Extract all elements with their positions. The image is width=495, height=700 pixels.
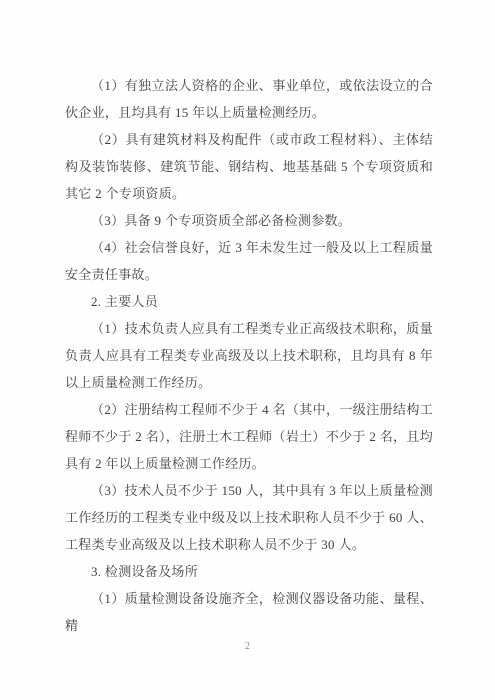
- paragraph-condition-3: （3）具备 9 个专项资质全部必备检测参数。: [65, 207, 433, 234]
- paragraph-personnel-2: （2）注册结构工程师不少于 4 名（其中，一级注册结构工程师不少于 2 名），注…: [65, 396, 433, 477]
- paragraph-personnel-1: （1）技术负责人应具有工程类专业正高级技术职称，质量负责人应具有工程类专业高级及…: [65, 315, 433, 396]
- document-page: （1）有独立法人资格的企业、事业单位，或依法设立的合伙企业，且均具有 15 年以…: [0, 0, 495, 700]
- paragraph-personnel-3: （3）技术人员不少于 150 人，其中具有 3 年以上质量检测工作经历的工程类专…: [65, 477, 433, 558]
- section-heading-main-personnel: 2. 主要人员: [65, 288, 433, 315]
- section-heading-equipment-premises: 3. 检测设备及场所: [65, 558, 433, 585]
- page-number: 2: [0, 641, 495, 652]
- paragraph-condition-1: （1）有独立法人资格的企业、事业单位，或依法设立的合伙企业，且均具有 15 年以…: [65, 72, 433, 126]
- paragraph-equipment-1: （1）质量检测设备设施齐全，检测仪器设备功能、量程、精: [65, 585, 433, 639]
- paragraph-condition-2: （2）具有建筑材料及构配件（或市政工程材料）、主体结构及装饰装修、建筑节能、钢结…: [65, 126, 433, 207]
- document-body-text: （1）有独立法人资格的企业、事业单位，或依法设立的合伙企业，且均具有 15 年以…: [65, 72, 433, 639]
- paragraph-condition-4: （4）社会信誉良好，近 3 年未发生过一般及以上工程质量安全责任事故。: [65, 234, 433, 288]
